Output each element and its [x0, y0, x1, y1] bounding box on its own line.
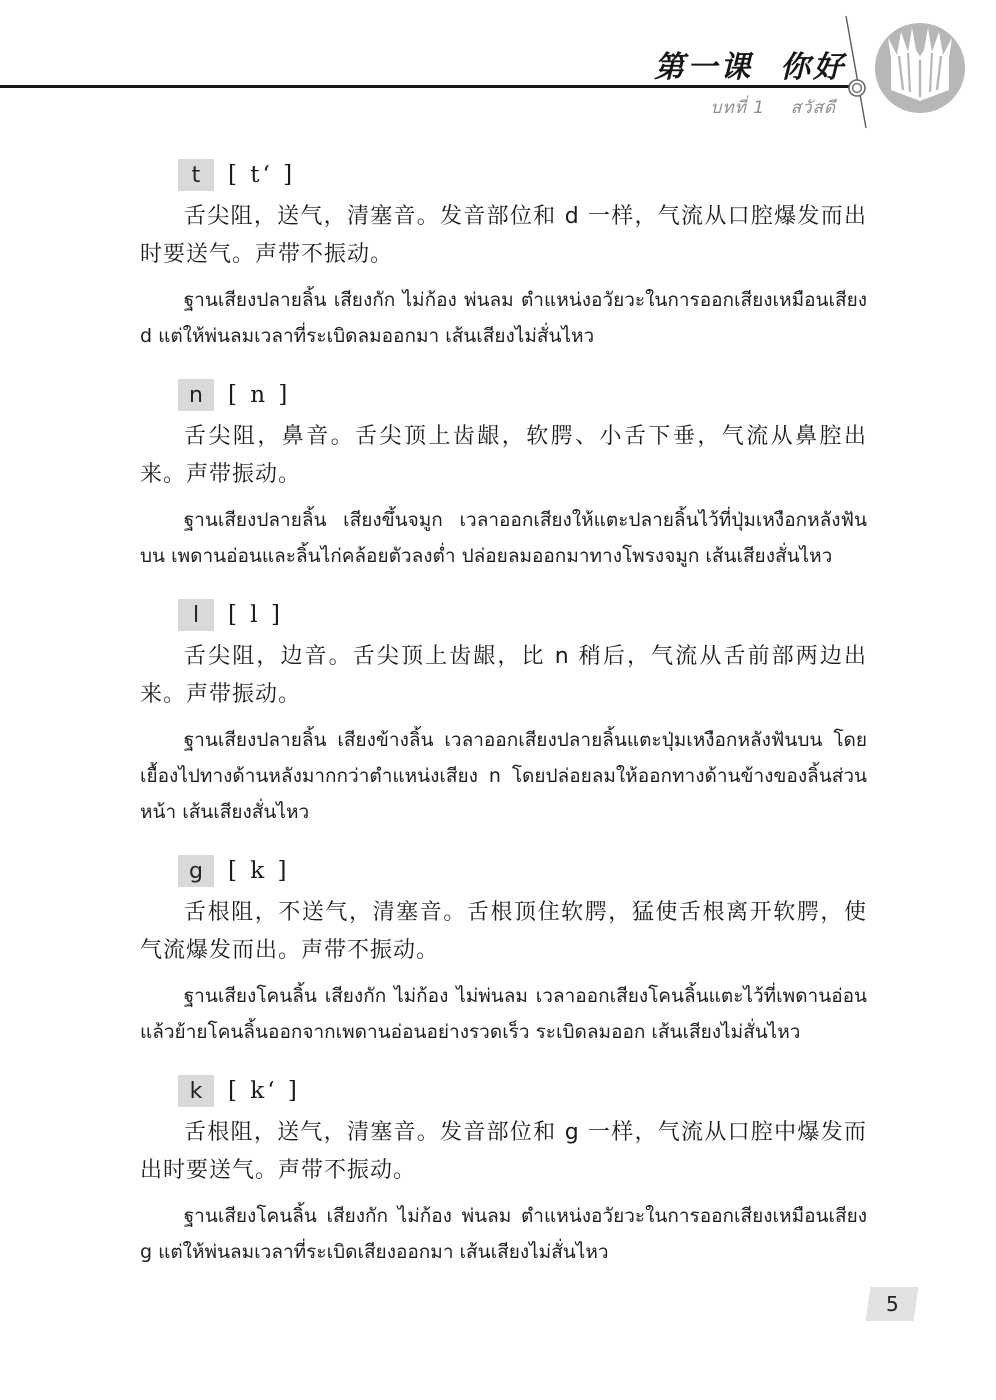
- lesson-title-chinese: 第一课 你好: [654, 42, 846, 86]
- ipa-notation: [ t‘ ]: [228, 162, 295, 188]
- content-area: t [ t‘ ] 舌尖阻，送气，清塞音。发音部位和 d 一样，气流从口腔爆发而出…: [140, 158, 867, 1294]
- page-number-badge: 5: [866, 1287, 919, 1321]
- book-logo-icon: [875, 23, 965, 113]
- phoneme-heading: n [ n ]: [178, 378, 867, 412]
- phoneme-heading: k [ k‘ ]: [178, 1074, 867, 1108]
- header-decoration: [0, 0, 996, 145]
- pinyin-letter: g: [178, 855, 214, 887]
- ipa-notation: [ k ]: [228, 858, 290, 884]
- ipa-notation: [ k‘ ]: [228, 1078, 300, 1104]
- textbook-page: 第一课 你好 บทที่ 1 สวัสดี t [ t‘ ]: [0, 0, 996, 1400]
- pinyin-letter: k: [178, 1075, 214, 1107]
- chinese-description: 舌根阻，送气，清塞音。发音部位和 g 一样，气流从口腔中爆发而出时要送气。声带不…: [140, 1114, 867, 1190]
- ring-ornament: [849, 80, 865, 96]
- thai-description: ฐานเสียงปลายลิ้น เสียงข้างลิ้น เวลาออกเส…: [140, 722, 867, 830]
- phoneme-heading: l [ l ]: [178, 598, 867, 632]
- thai-description: ฐานเสียงโคนลิ้น เสียงกัก ไม่ก้อง พ่นลม ต…: [140, 1198, 867, 1270]
- chinese-description: 舌尖阻，鼻音。舌尖顶上齿龈，软腭、小舌下垂，气流从鼻腔出来。声带振动。: [140, 418, 867, 494]
- lesson-title-thai: บทที่ 1 สวัสดี: [711, 94, 836, 121]
- phoneme-heading: t [ t‘ ]: [178, 158, 867, 192]
- thai-description: ฐานเสียงโคนลิ้น เสียงกัก ไม่ก้อง ไม่พ่นล…: [140, 978, 867, 1050]
- pinyin-letter: t: [178, 159, 214, 191]
- ipa-notation: [ l ]: [228, 602, 283, 628]
- thai-description: ฐานเสียงปลายลิ้น เสียงกัก ไม่ก้อง พ่นลม …: [140, 282, 867, 354]
- thai-description: ฐานเสียงปลายลิ้น เสียงขึ้นจมูก เวลาออกเส…: [140, 502, 867, 574]
- phoneme-section-t: t [ t‘ ] 舌尖阻，送气，清塞音。发音部位和 d 一样，气流从口腔爆发而出…: [140, 158, 867, 354]
- chinese-description: 舌尖阻，边音。舌尖顶上齿龈，比 n 稍后，气流从舌前部两边出来。声带振动。: [140, 638, 867, 714]
- phoneme-section-k: k [ k‘ ] 舌根阻，送气，清塞音。发音部位和 g 一样，气流从口腔中爆发而…: [140, 1074, 867, 1270]
- ipa-notation: [ n ]: [228, 382, 290, 408]
- phoneme-section-g: g [ k ] 舌根阻，不送气，清塞音。舌根顶住软腭，猛使舌根离开软腭，使气流爆…: [140, 854, 867, 1050]
- diagonal-line: [846, 16, 866, 128]
- phoneme-heading: g [ k ]: [178, 854, 867, 888]
- pinyin-letter: l: [178, 599, 214, 631]
- header-rule: [0, 85, 849, 88]
- chinese-description: 舌根阻，不送气，清塞音。舌根顶住软腭，猛使舌根离开软腭，使气流爆发而出。声带不振…: [140, 894, 867, 970]
- chinese-description: 舌尖阻，送气，清塞音。发音部位和 d 一样，气流从口腔爆发而出时要送气。声带不振…: [140, 198, 867, 274]
- pinyin-letter: n: [178, 379, 214, 411]
- phoneme-section-l: l [ l ] 舌尖阻，边音。舌尖顶上齿龈，比 n 稍后，气流从舌前部两边出来。…: [140, 598, 867, 830]
- page-number: 5: [886, 1292, 899, 1316]
- phoneme-section-n: n [ n ] 舌尖阻，鼻音。舌尖顶上齿龈，软腭、小舌下垂，气流从鼻腔出来。声带…: [140, 378, 867, 574]
